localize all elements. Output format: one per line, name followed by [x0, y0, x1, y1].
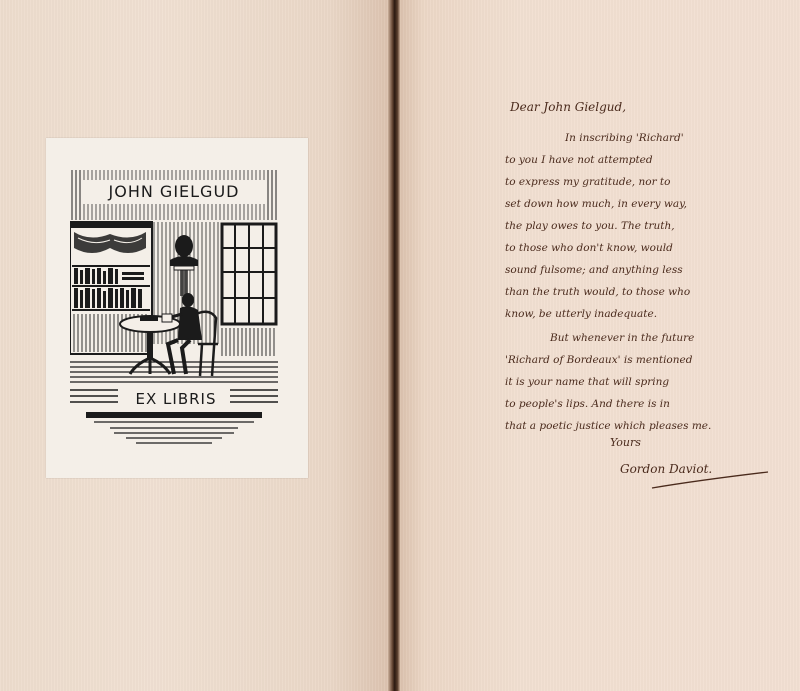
open-book-spread: JOHN GIELGUD EX LIBRIS Dear John Gielgud…	[0, 0, 800, 691]
left-page: JOHN GIELGUD EX LIBRIS	[0, 0, 388, 691]
letter-salutation: Dear John Gielgud,	[510, 100, 626, 114]
bookplate-owner-name: JOHN GIELGUD	[84, 182, 264, 202]
letter-line: to people's lips. And there is in	[505, 398, 670, 410]
bookplate-ex-libris: EX LIBRIS	[122, 389, 230, 409]
letter-line: to those who don't know, would	[505, 242, 673, 254]
letter-closing: Yours	[610, 436, 641, 449]
letter-line: that a poetic justice which pleases me.	[505, 420, 711, 432]
letter-line: 'Richard of Bordeaux' is mentioned	[505, 354, 692, 366]
bookplate: JOHN GIELGUD EX LIBRIS	[46, 138, 308, 478]
letter-line: know, be utterly inadequate.	[505, 308, 657, 320]
letter-line: sound fulsome; and anything less	[505, 264, 683, 276]
book-gutter	[388, 0, 400, 691]
letter-line: it is your name that will spring	[505, 376, 669, 388]
letter-line: But whenever in the future	[550, 332, 694, 344]
letter-line: than the truth would, to those who	[505, 286, 690, 298]
signature-underline	[650, 470, 770, 490]
letter-line: In inscribing 'Richard'	[565, 132, 684, 144]
letter-line: to you I have not attempted	[505, 154, 653, 166]
letter-line: to express my gratitude, nor to	[505, 176, 670, 188]
letter-line: the play owes to you. The truth,	[505, 220, 675, 232]
letter-line: set down how much, in every way,	[505, 198, 687, 210]
